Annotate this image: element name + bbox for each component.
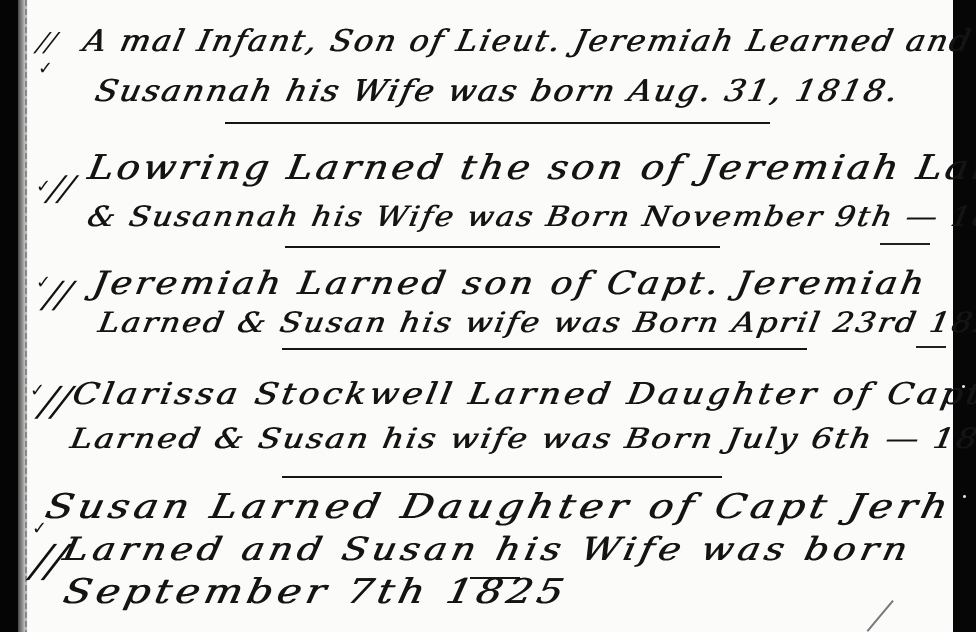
year-underline [916, 346, 946, 348]
entry-4-line-2: Larned & Susan his wife was Born July 6t… [68, 422, 976, 455]
margin-double-stroke: // [35, 30, 59, 56]
register-page: // ✓ A mal Infant, Son of Lieut. Jeremia… [0, 0, 976, 632]
entry-partial-rule [470, 577, 520, 579]
checkmark-icon: ✓ [38, 60, 53, 78]
entry-5-line-1: Susan Larned Daughter of Capt Jerh [42, 487, 956, 527]
year-underline [880, 243, 930, 245]
entry-separator [282, 348, 807, 350]
entry-4-line-1: Clarissa Stockwell Larned Daughter of Ca… [70, 377, 976, 412]
stray-ink-mark [867, 600, 894, 632]
entry-1-line-2: Susannah his Wife was born Aug. 31, 1818… [92, 74, 903, 109]
entry-separator [225, 122, 770, 124]
entry-separator [282, 476, 722, 478]
binding-stitch-line [25, 0, 27, 632]
entry-3-line-1: Jeremiah Larned son of Capt. Jeremiah [90, 264, 931, 302]
entry-2-line-2: & Susannah his Wife was Born November 9t… [85, 200, 976, 233]
entry-3-line-2: Larned & Susan his wife was Born April 2… [96, 306, 976, 339]
entry-2-line-1: Lowring Larned the son of Jeremiah Larne… [85, 148, 976, 188]
binding-gutter [0, 0, 18, 632]
entry-1-line-1: A mal Infant, Son of Lieut. Jeremiah Lea… [80, 24, 976, 59]
entry-separator [285, 246, 720, 248]
scan-speck [963, 495, 966, 498]
entry-5-line-2: Larned and Susan his Wife was born [60, 530, 916, 568]
